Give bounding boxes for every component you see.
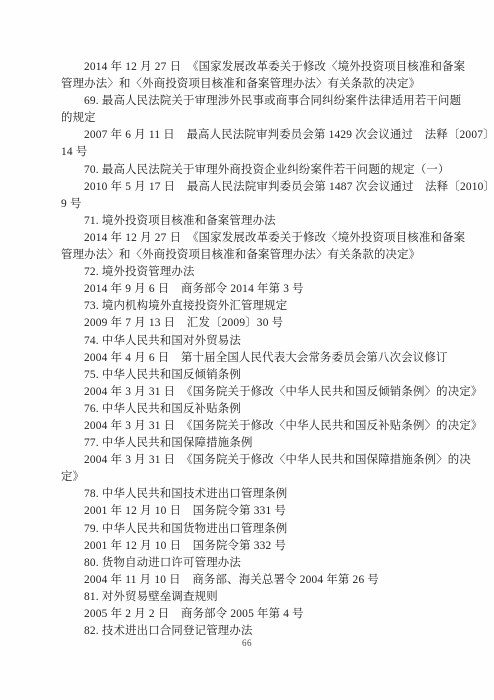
document-line: 78. 中华人民共和国技术进出口管理条例 [61, 486, 435, 503]
document-line: 2007 年 6 月 11 日 最高人民法院审判委员会第 1429 次会议通过 … [61, 127, 435, 144]
document-line: 77. 中华人民共和国保障措施条例 [61, 435, 435, 452]
document-line: 14 号 [61, 144, 435, 161]
document-line: 76. 中华人民共和国反补贴条例 [61, 401, 435, 418]
document-line: 2014 年 12 月 27 日 《国家发展改革委关于修改〈境外投资项目核准和备… [61, 230, 435, 247]
document-page: 2014 年 12 月 27 日 《国家发展改革委关于修改〈境外投资项目核准和备… [0, 0, 494, 700]
document-line: 2004 年 3 月 31 日 《国务院关于修改〈中华人民共和国反倾销条例〉的决… [61, 384, 435, 401]
document-line: 2004 年 4 月 6 日 第十届全国人民代表大会常务委员会第八次会议修订 [61, 350, 435, 367]
document-line: 2004 年 3 月 31 日 《国务院关于修改〈中华人民共和国反补贴条例〉的决… [61, 418, 435, 435]
document-line: 79. 中华人民共和国货物进出口管理条例 [61, 521, 435, 538]
document-line: 2005 年 2 月 2 日 商务部令 2005 年第 4 号 [61, 606, 435, 623]
document-line: 81. 对外贸易壁垒调查规则 [61, 589, 435, 606]
document-line: 80. 货物自动进口许可管理办法 [61, 555, 435, 572]
document-line: 2001 年 12 月 10 日 国务院令第 331 号 [61, 503, 435, 520]
document-line: 管理办法〉和〈外商投资项目核准和备案管理办法〉有关条款的决定》 [61, 247, 435, 264]
document-line: 管理办法〉和〈外商投资项目核准和备案管理办法〉有关条款的决定》 [61, 76, 435, 93]
document-line: 70. 最高人民法院关于审理外商投资企业纠纷案件若干问题的规定（一） [61, 162, 435, 179]
document-line: 2004 年 11 月 10 日 商务部、海关总署令 2004 年第 26 号 [61, 572, 435, 589]
document-line: 9 号 [61, 196, 435, 213]
document-line: 2004 年 3 月 31 日 《国务院关于修改〈中华人民共和国保障措施条例〉的… [61, 452, 435, 469]
document-line: 2009 年 7 月 13 日 汇发〔2009〕30 号 [61, 315, 435, 332]
document-line: 72. 境外投资管理办法 [61, 264, 435, 281]
document-line: 69. 最高人民法院关于审理涉外民事或商事合同纠纷案件法律适用若干问题 [61, 93, 435, 110]
document-line: 2014 年 9 月 6 日 商务部令 2014 年第 3 号 [61, 281, 435, 298]
document-line: 75. 中华人民共和国反倾销条例 [61, 367, 435, 384]
document-line: 的规定 [61, 110, 435, 127]
document-line: 71. 境外投资项目核准和备案管理办法 [61, 213, 435, 230]
document-line: 2001 年 12 月 10 日 国务院令第 332 号 [61, 538, 435, 555]
page-number: 66 [0, 638, 494, 648]
document-text-block: 2014 年 12 月 27 日 《国家发展改革委关于修改〈境外投资项目核准和备… [61, 59, 435, 640]
document-line: 74. 中华人民共和国对外贸易法 [61, 333, 435, 350]
document-line: 定》 [61, 469, 435, 486]
document-line: 2010 年 5 月 17 日 最高人民法院审判委员会第 1487 次会议通过 … [61, 179, 435, 196]
document-line: 73. 境内机构境外直接投资外汇管理规定 [61, 298, 435, 315]
document-line: 2014 年 12 月 27 日 《国家发展改革委关于修改〈境外投资项目核准和备… [61, 59, 435, 76]
